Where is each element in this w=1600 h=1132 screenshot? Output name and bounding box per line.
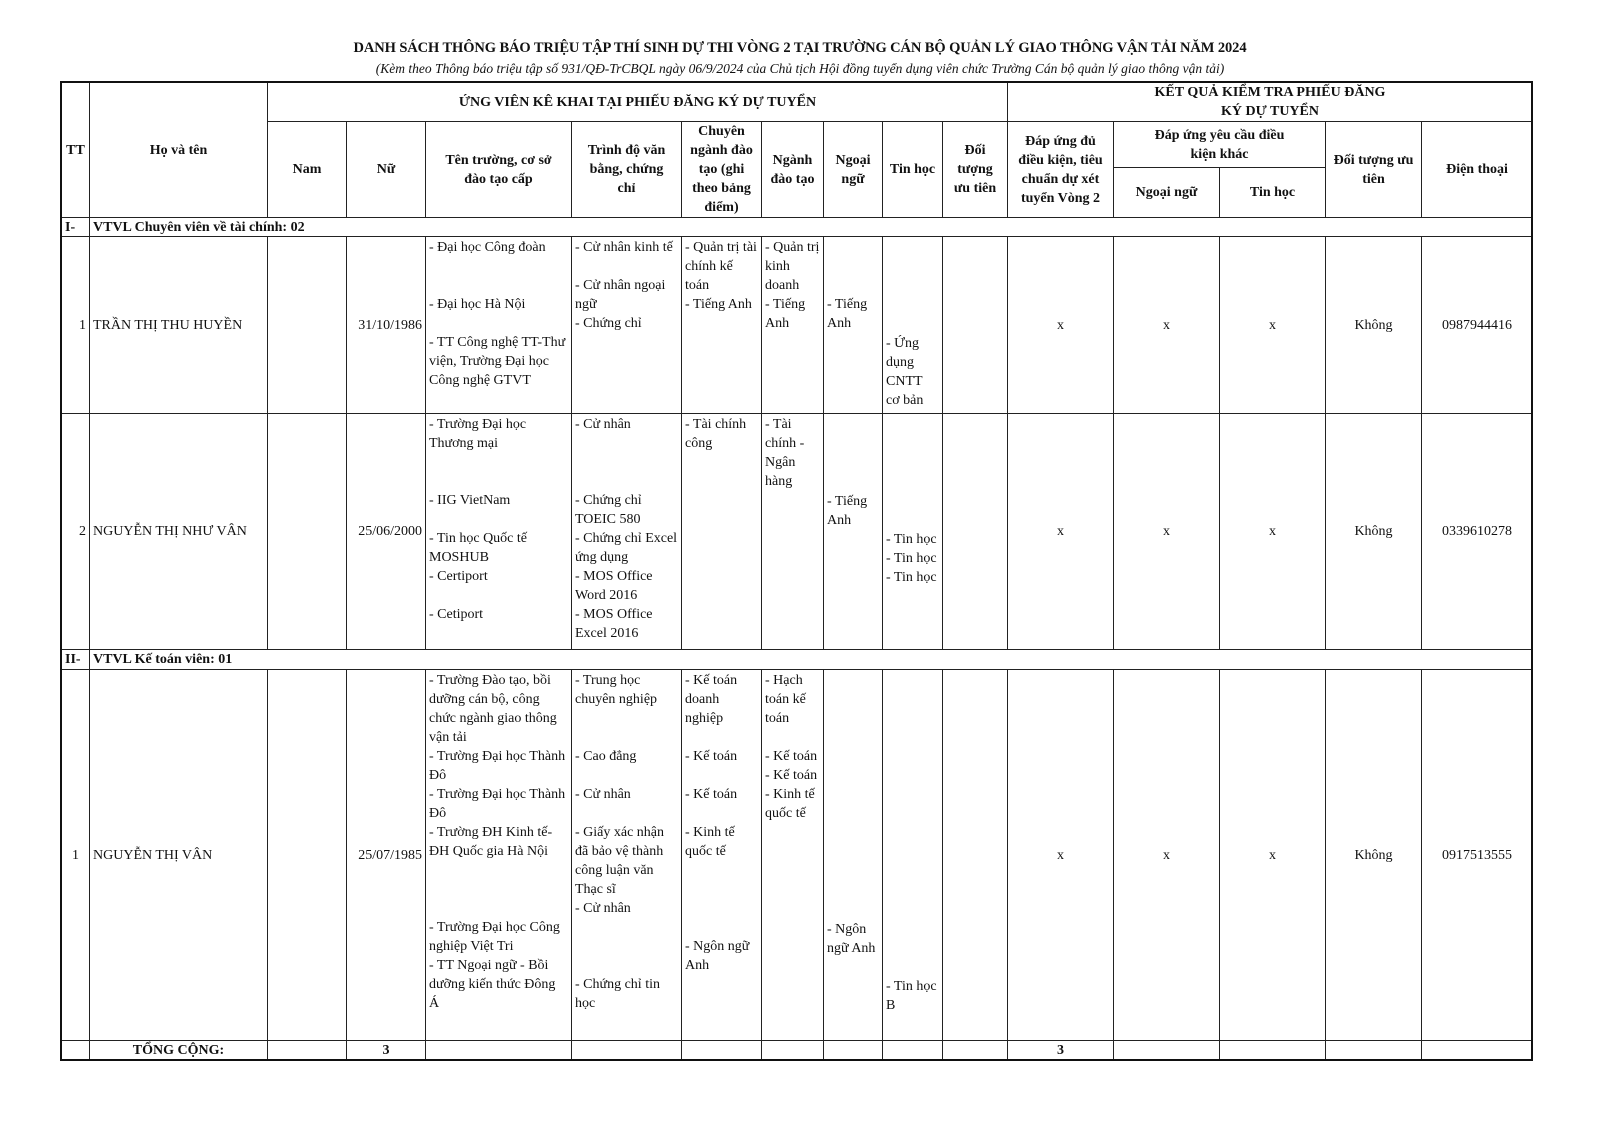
row-ho-ten: TRẦN THỊ THU HUYỀN [89, 236, 268, 414]
row-trinh-do: - Cử nhân - Chứng chỉ TOEIC 580 - Chứng … [571, 413, 682, 650]
header-trinh-do: Trình độ văn bằng, chứng chỉ [571, 121, 682, 218]
header-kq-tin-hoc: Tin học [1219, 167, 1326, 218]
total-empty [761, 1040, 824, 1061]
row-tin-hoc: - Tin học - Tin học - Tin học [882, 413, 943, 650]
row-nu: 25/07/1985 [346, 669, 426, 1041]
row-ho-ten: NGUYỄN THỊ NHƯ VÂN [89, 413, 268, 650]
header-nam: Nam [267, 121, 347, 218]
row-nganh: - Tài chính - Ngân hàng [761, 413, 824, 650]
row-doi-tuong [942, 413, 1008, 650]
row-dien-thoai: 0917513555 [1421, 669, 1533, 1041]
row-dien-thoai: 0339610278 [1421, 413, 1533, 650]
row-ten-truong: - Trường Đào tạo, bồi dưỡng cán bộ, công… [425, 669, 572, 1041]
total-empty [681, 1040, 762, 1061]
header-tt: TT [61, 82, 90, 218]
row-dien-thoai: 0987944416 [1421, 236, 1533, 414]
total-empty [425, 1040, 572, 1061]
row-kq-tin-hoc: x [1219, 236, 1326, 414]
row-kq-doi-tuong: Không [1325, 669, 1422, 1041]
row-doi-tuong [942, 669, 1008, 1041]
section-code: I- [61, 217, 90, 237]
total-empty [571, 1040, 682, 1061]
total-tt [61, 1040, 90, 1061]
row-dap-ung-du: x [1007, 669, 1114, 1041]
candidate-table: TT Họ và tên ỨNG VIÊN KÊ KHAI TẠI PHIẾU … [0, 0, 1600, 1132]
total-empty [942, 1040, 1008, 1061]
row-ngoai-ngu: - Ngôn ngữ Anh [823, 669, 883, 1041]
row-kq-doi-tuong: Không [1325, 236, 1422, 414]
header-nu: Nữ [346, 121, 426, 218]
header-kq-doi-tuong: Đối tượng ưu tiên [1325, 121, 1422, 218]
header-ngoai-ngu: Ngoại ngữ [823, 121, 883, 218]
section-label: VTVL Chuyên viên về tài chính: 02 [89, 217, 1533, 237]
row-nam [267, 669, 347, 1041]
header-dap-ung-du: Đáp ứng đủ điều kiện, tiêu chuẩn dự xét … [1007, 121, 1114, 218]
header-ho-ten: Họ và tên [89, 82, 268, 218]
row-tt: 1 [61, 236, 90, 414]
header-tin-hoc: Tin học [882, 121, 943, 218]
row-kq-doi-tuong: Không [1325, 413, 1422, 650]
row-nganh: - Quản trị kinh doanh - Tiếng Anh [761, 236, 824, 414]
row-kq-ngoai-ngu: x [1113, 413, 1220, 650]
total-empty [1325, 1040, 1422, 1061]
header-group-ung-vien: ỨNG VIÊN KÊ KHAI TẠI PHIẾU ĐĂNG KÝ DỰ TU… [267, 82, 1008, 122]
row-nganh: - Hạch toán kế toán - Kế toán - Kế toán … [761, 669, 824, 1041]
header-nganh: Ngành đào tạo [761, 121, 824, 218]
row-dap-ung-du: x [1007, 413, 1114, 650]
row-nu: 31/10/1986 [346, 236, 426, 414]
row-trinh-do: - Cử nhân kinh tế - Cử nhân ngoại ngữ - … [571, 236, 682, 414]
row-trinh-do: - Trung học chuyên nghiệp - Cao đẳng - C… [571, 669, 682, 1041]
row-kq-tin-hoc: x [1219, 669, 1326, 1041]
total-label: TỔNG CỘNG: [89, 1040, 268, 1061]
row-tt: 2 [61, 413, 90, 650]
header-kq-ngoai-ngu: Ngoại ngữ [1113, 167, 1220, 218]
total-empty [1113, 1040, 1220, 1061]
total-empty [882, 1040, 943, 1061]
row-tin-hoc: - Ứng dụng CNTT cơ bản [882, 236, 943, 414]
row-tt: 1 [61, 669, 90, 1041]
header-ten-truong: Tên trường, cơ sở đào tạo cấp [425, 121, 572, 218]
row-ho-ten: NGUYỄN THỊ VÂN [89, 669, 268, 1041]
total-empty [1421, 1040, 1533, 1061]
row-kq-ngoai-ngu: x [1113, 236, 1220, 414]
total-dap-ung-du: 3 [1007, 1040, 1114, 1061]
header-chuyen-nganh: Chuyên ngành đào tạo (ghi theo bảng điểm… [681, 121, 762, 218]
row-nam [267, 236, 347, 414]
row-nu: 25/06/2000 [346, 413, 426, 650]
row-kq-tin-hoc: x [1219, 413, 1326, 650]
row-tin-hoc: - Tin học B [882, 669, 943, 1041]
row-chuyen-nganh: - Tài chính công [681, 413, 762, 650]
total-nam [267, 1040, 347, 1061]
total-nu: 3 [346, 1040, 426, 1061]
row-ten-truong: - Đại học Công đoàn - Đại học Hà Nội - T… [425, 236, 572, 414]
section-code: II- [61, 649, 90, 670]
row-kq-ngoai-ngu: x [1113, 669, 1220, 1041]
row-chuyen-nganh: - Quản trị tài chính kế toán - Tiếng Anh [681, 236, 762, 414]
row-doi-tuong [942, 236, 1008, 414]
section-label: VTVL Kế toán viên: 01 [89, 649, 1533, 670]
header-group-ket-qua: KẾT QUẢ KIỂM TRA PHIẾU ĐĂNG KÝ DỰ TUYỂN [1007, 82, 1533, 122]
row-ngoai-ngu: - Tiếng Anh [823, 236, 883, 414]
total-empty [823, 1040, 883, 1061]
row-ten-truong: - Trường Đại học Thương mại - IIG VietNa… [425, 413, 572, 650]
header-dien-thoai: Điện thoại [1421, 121, 1533, 218]
row-nam [267, 413, 347, 650]
header-doi-tuong: Đối tượng ưu tiên [942, 121, 1008, 218]
row-dap-ung-du: x [1007, 236, 1114, 414]
row-ngoai-ngu: - Tiếng Anh [823, 413, 883, 650]
header-dap-ung-khac: Đáp ứng yêu cầu điều kiện khác [1113, 121, 1326, 168]
row-chuyen-nganh: - Kế toán doanh nghiệp - Kế toán - Kế to… [681, 669, 762, 1041]
total-empty [1219, 1040, 1326, 1061]
